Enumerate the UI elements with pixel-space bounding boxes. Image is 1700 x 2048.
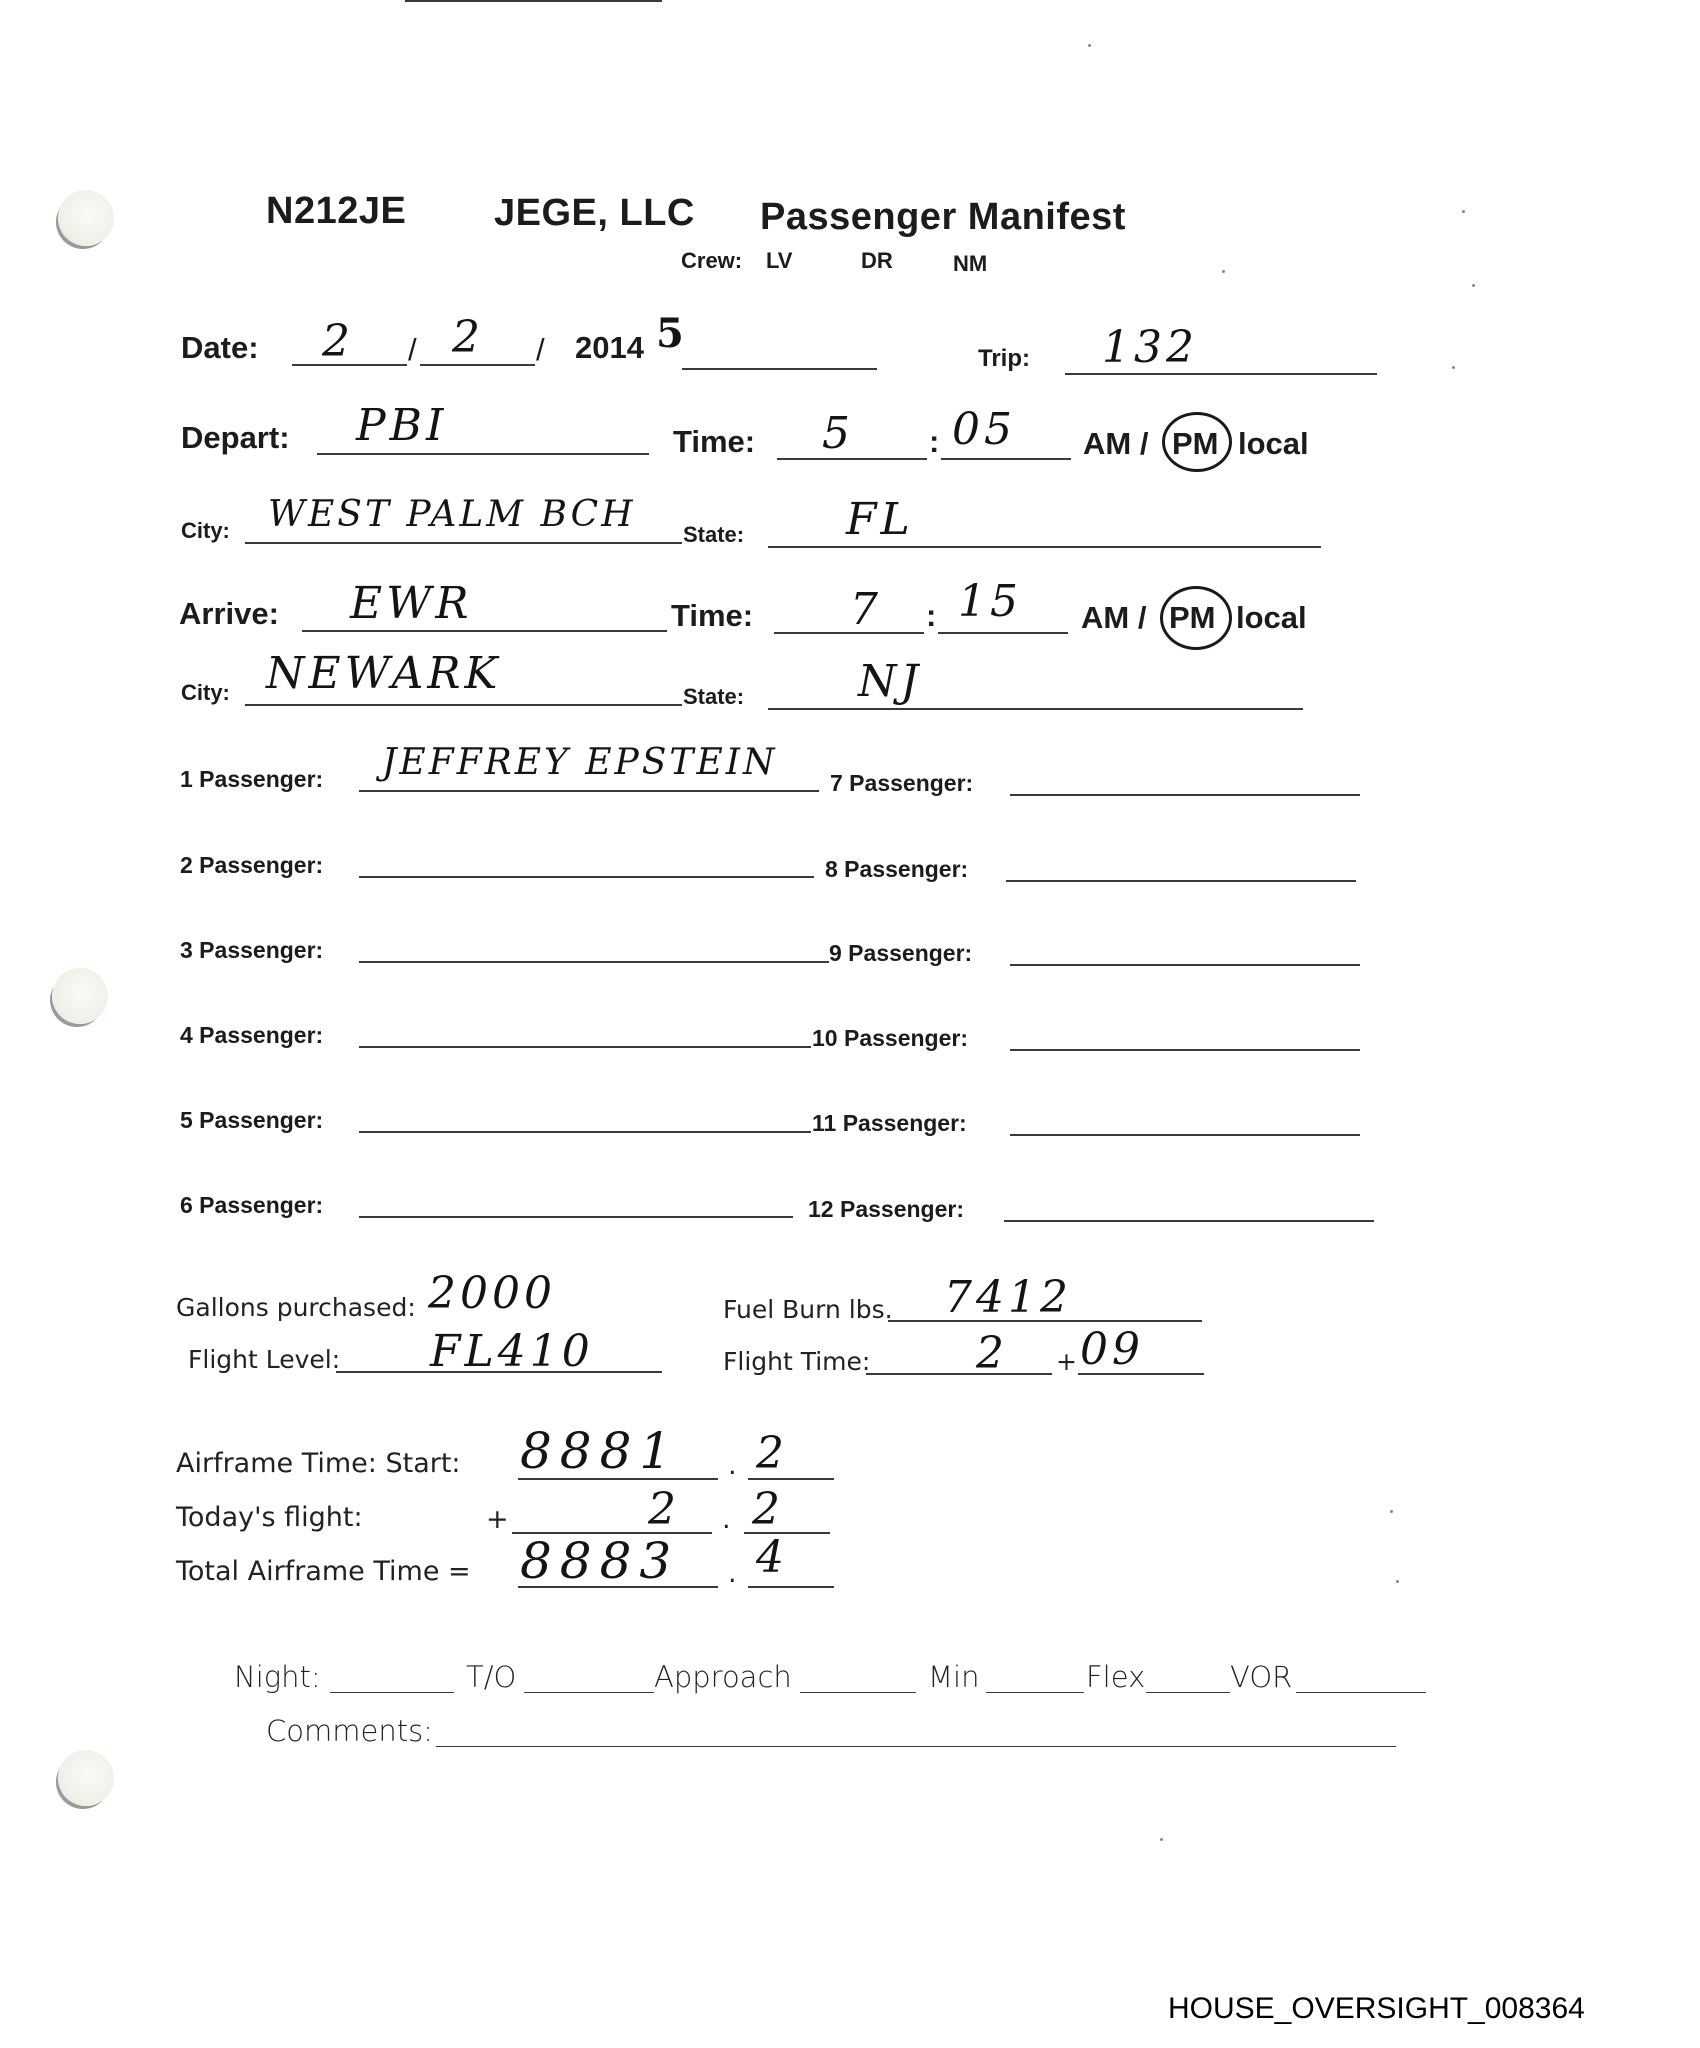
to-field[interactable] bbox=[524, 1692, 654, 1693]
vor-field[interactable] bbox=[1296, 1692, 1426, 1693]
passenger-1-label: 1 Passenger: bbox=[180, 766, 323, 793]
airframe-start-tenth-value: 2 bbox=[756, 1428, 788, 1479]
total-airframe-whole-value: 8883 bbox=[520, 1532, 679, 1590]
passenger-6-label: 6 Passenger: bbox=[180, 1192, 323, 1219]
date-year-correction: 5 bbox=[656, 310, 688, 357]
depart-local-label: local bbox=[1238, 426, 1309, 462]
arrive-city-label: City: bbox=[181, 680, 230, 706]
depart-state-field[interactable] bbox=[768, 546, 1321, 548]
flex-field[interactable] bbox=[1146, 1692, 1230, 1693]
date-separator: / bbox=[536, 332, 545, 368]
todays-flight-label: Today's flight: bbox=[176, 1502, 363, 1533]
arrive-city-value: NEWARK bbox=[266, 648, 501, 699]
crew-member-2: DR bbox=[861, 248, 893, 274]
arrive-pm-selected-circle bbox=[1160, 586, 1232, 650]
arrive-state-value: NJ bbox=[858, 656, 922, 707]
passenger-3-label: 3 Passenger: bbox=[180, 937, 323, 964]
date-year-field[interactable] bbox=[682, 368, 877, 370]
arrive-hour-value: 7 bbox=[850, 584, 882, 635]
passenger-11-label: 11 Passenger: bbox=[812, 1110, 967, 1137]
company-name: JEGE, LLC bbox=[494, 192, 695, 235]
flight-level-label: Flight Level: bbox=[188, 1345, 340, 1374]
binder-hole-bottom bbox=[58, 1750, 114, 1806]
depart-time-colon: : bbox=[929, 424, 939, 460]
comments-label: Comments: bbox=[266, 1714, 433, 1748]
tail-number: N212JE bbox=[266, 190, 406, 233]
depart-state-value: FL bbox=[846, 494, 914, 545]
scan-speck bbox=[1390, 1510, 1393, 1513]
todays-flight-tenth-value: 2 bbox=[752, 1484, 784, 1535]
scan-speck bbox=[1088, 44, 1091, 47]
binder-hole-middle bbox=[52, 968, 108, 1024]
todays-flight-whole-value: 2 bbox=[648, 1484, 680, 1535]
airframe-start-whole-value: 8881 bbox=[520, 1422, 679, 1480]
date-separator: / bbox=[408, 332, 417, 368]
scan-speck bbox=[1160, 1838, 1163, 1841]
arrive-city-field[interactable] bbox=[245, 704, 682, 706]
depart-airport-value: PBI bbox=[356, 400, 447, 451]
flight-time-hours-field[interactable] bbox=[866, 1373, 1052, 1375]
depart-minute-field[interactable] bbox=[941, 458, 1071, 460]
flight-level-value: FL410 bbox=[430, 1326, 594, 1377]
min-field[interactable] bbox=[986, 1692, 1084, 1693]
gallons-purchased-label: Gallons purchased: bbox=[176, 1293, 416, 1322]
depart-label: Depart: bbox=[181, 420, 290, 456]
passenger-11-field[interactable] bbox=[1010, 1134, 1360, 1136]
gallons-purchased-value: 2000 bbox=[428, 1268, 556, 1319]
passenger-7-label: 7 Passenger: bbox=[830, 770, 973, 797]
trip-label: Trip: bbox=[978, 345, 1030, 373]
depart-time-label: Time: bbox=[673, 424, 755, 460]
passenger-12-field[interactable] bbox=[1004, 1220, 1374, 1222]
todays-flight-plus: + bbox=[486, 1504, 509, 1535]
passenger-7-field[interactable] bbox=[1010, 794, 1360, 796]
date-month-value: 2 bbox=[322, 316, 354, 367]
scan-speck bbox=[1472, 284, 1475, 287]
arrive-time-colon: : bbox=[926, 598, 936, 634]
flight-time-label: Flight Time: bbox=[723, 1347, 870, 1376]
scan-speck bbox=[1462, 210, 1465, 213]
fuel-burn-label: Fuel Burn lbs. bbox=[723, 1295, 893, 1324]
vor-label: VOR bbox=[1230, 1660, 1292, 1694]
scan-speck bbox=[1222, 270, 1225, 273]
flight-time-hours-value: 2 bbox=[976, 1328, 1008, 1379]
date-year-printed: 2014 bbox=[575, 330, 644, 366]
passenger-4-field[interactable] bbox=[359, 1046, 811, 1048]
depart-city-value: WEST PALM BCH bbox=[268, 494, 636, 535]
crew-member-1: LV bbox=[766, 248, 792, 274]
bates-number: HOUSE_OVERSIGHT_008364 bbox=[1168, 1992, 1585, 2026]
crew-label: Crew: bbox=[681, 248, 742, 274]
date-label: Date: bbox=[181, 330, 259, 366]
arrive-local-label: local bbox=[1236, 600, 1307, 636]
todays-flight-dot: . bbox=[722, 1504, 731, 1535]
trip-number-value: 132 bbox=[1102, 322, 1198, 373]
airframe-start-label: Airframe Time: Start: bbox=[176, 1448, 461, 1479]
flex-label: Flex bbox=[1086, 1660, 1145, 1694]
airframe-start-dot: . bbox=[728, 1450, 737, 1481]
passenger-6-field[interactable] bbox=[359, 1216, 793, 1218]
approach-field[interactable] bbox=[800, 1692, 916, 1693]
scan-speck bbox=[1452, 366, 1455, 369]
date-day-value: 2 bbox=[452, 312, 484, 363]
min-label: Min bbox=[928, 1660, 979, 1694]
night-label: Night: bbox=[234, 1660, 321, 1694]
night-field[interactable] bbox=[330, 1692, 454, 1693]
passenger-8-label: 8 Passenger: bbox=[825, 856, 968, 883]
flight-time-plus: + bbox=[1056, 1347, 1077, 1376]
arrive-minute-field[interactable] bbox=[938, 632, 1068, 634]
passenger-8-field[interactable] bbox=[1006, 880, 1356, 882]
arrive-airport-field[interactable] bbox=[302, 630, 667, 632]
passenger-1-field[interactable] bbox=[359, 790, 819, 792]
arrive-state-field[interactable] bbox=[768, 708, 1303, 710]
comments-field[interactable] bbox=[436, 1746, 1396, 1747]
total-airframe-tenth-value: 4 bbox=[756, 1532, 788, 1583]
arrive-am-option[interactable]: AM / bbox=[1081, 600, 1146, 636]
passenger-2-field[interactable] bbox=[359, 876, 814, 878]
arrive-minute-value: 15 bbox=[958, 576, 1022, 627]
arrive-label: Arrive: bbox=[179, 596, 279, 632]
to-label: T/O bbox=[466, 1660, 516, 1694]
approach-label: Approach bbox=[654, 1660, 792, 1694]
page-title: Passenger Manifest bbox=[760, 196, 1126, 239]
binder-hole-top bbox=[58, 190, 114, 246]
total-airframe-tenth-field[interactable] bbox=[748, 1586, 834, 1588]
depart-state-label: State: bbox=[683, 522, 744, 548]
arrive-airport-value: EWR bbox=[350, 578, 472, 629]
fuel-burn-value: 7412 bbox=[944, 1272, 1072, 1323]
passenger-10-field[interactable] bbox=[1010, 1049, 1360, 1051]
passenger-1-name: JEFFREY EPSTEIN bbox=[382, 742, 777, 783]
depart-pm-selected-circle bbox=[1162, 412, 1232, 472]
depart-city-label: City: bbox=[181, 518, 230, 544]
arrive-state-label: State: bbox=[683, 684, 744, 710]
total-airframe-dot: . bbox=[728, 1558, 737, 1589]
depart-city-field[interactable] bbox=[245, 542, 682, 544]
arrive-time-label: Time: bbox=[671, 598, 753, 634]
passenger-12-label: 12 Passenger: bbox=[808, 1196, 964, 1223]
passenger-2-label: 2 Passenger: bbox=[180, 852, 323, 879]
passenger-10-label: 10 Passenger: bbox=[812, 1025, 968, 1052]
depart-airport-field[interactable] bbox=[317, 453, 649, 455]
passenger-3-field[interactable] bbox=[359, 961, 829, 963]
total-airframe-label: Total Airframe Time = bbox=[176, 1556, 471, 1587]
passenger-9-field[interactable] bbox=[1010, 964, 1360, 966]
passenger-5-field[interactable] bbox=[359, 1131, 811, 1133]
depart-hour-value: 5 bbox=[822, 408, 854, 459]
trip-number-field[interactable] bbox=[1065, 373, 1377, 375]
passenger-4-label: 4 Passenger: bbox=[180, 1022, 323, 1049]
passenger-5-label: 5 Passenger: bbox=[180, 1107, 323, 1134]
crew-member-3: NM bbox=[953, 251, 987, 277]
arrive-hour-field[interactable] bbox=[774, 632, 924, 634]
depart-am-option[interactable]: AM / bbox=[1083, 426, 1148, 462]
passenger-9-label: 9 Passenger: bbox=[829, 940, 972, 967]
date-day-field[interactable] bbox=[420, 364, 535, 366]
gallons-purchased-field[interactable] bbox=[405, 0, 662, 2]
flight-time-minutes-value: 09 bbox=[1080, 1324, 1144, 1375]
scan-speck bbox=[1396, 1580, 1399, 1583]
depart-minute-value: 05 bbox=[952, 404, 1016, 455]
